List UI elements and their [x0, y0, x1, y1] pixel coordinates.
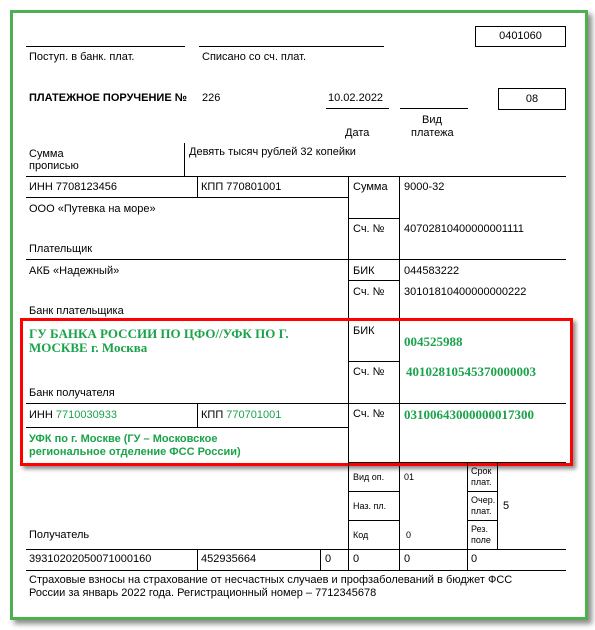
- grid-line: [26, 259, 566, 260]
- status-code: 08: [526, 93, 538, 105]
- payer-sum-label: Сумма: [353, 181, 388, 194]
- payment-type-label-2: платежа: [411, 127, 454, 140]
- grid-line: [26, 176, 566, 177]
- payer-bank-label: Банк плательщика: [29, 305, 124, 318]
- amount-words-divider: [184, 143, 185, 176]
- date-value: 10.02.2022: [328, 92, 383, 105]
- date-label: Дата: [345, 127, 369, 140]
- recipient-bank-bik-value: 004525988: [404, 335, 463, 348]
- order-number: 226: [202, 92, 220, 105]
- recipient-inn-value: 7710030933: [56, 409, 117, 421]
- priority-value: 5: [503, 500, 509, 513]
- recipient-account-label: Сч. №: [353, 408, 384, 421]
- grid-line: [197, 176, 198, 197]
- grid-line: [26, 427, 348, 428]
- grid-line: [497, 462, 498, 549]
- payer-account-label: Сч. №: [353, 223, 384, 236]
- date-line: [326, 108, 389, 109]
- recipient-account-value: 03100643000000017300: [404, 408, 534, 421]
- code-label: Код: [353, 530, 368, 541]
- received-line: [26, 46, 185, 47]
- tax-period: 0: [353, 553, 359, 566]
- grid-line: [26, 570, 566, 571]
- recipient-bank-account-label: Сч. №: [353, 366, 384, 379]
- purpose-text-2: России за январь 2022 года. Регистрацион…: [29, 587, 376, 600]
- tax-kbk: 39310202050071000160: [29, 553, 151, 566]
- recipient-bank-label: Банк получателя: [29, 387, 115, 400]
- grid-line: [26, 320, 566, 321]
- payer-kpp: КПП 770801001: [201, 181, 281, 194]
- grid-line: [348, 491, 399, 492]
- tax-doc-date: 0: [471, 553, 477, 566]
- payer-bank-bik-label: БИК: [353, 265, 375, 278]
- op-type-value: 01: [404, 472, 414, 483]
- grid-line: [197, 403, 198, 427]
- grid-line: [348, 462, 349, 570]
- grid-line: [348, 361, 399, 362]
- grid-line: [348, 520, 399, 521]
- tax-doc-number: 0: [404, 553, 410, 566]
- grid-line: [399, 176, 400, 570]
- payer-sum-value: 9000-32: [404, 181, 444, 194]
- grid-line: [348, 280, 399, 281]
- payer-account-value: 40702810400000001111: [404, 223, 524, 236]
- grid-line: [467, 520, 497, 521]
- grid-line: [467, 491, 497, 492]
- payer-name: ООО «Путевка на море»: [29, 203, 156, 216]
- recipient-bank-bik-label: БИК: [353, 325, 375, 338]
- due-label-2: плат.: [471, 477, 492, 488]
- code-value: 0: [406, 530, 411, 541]
- grid-line: [348, 218, 399, 219]
- priority-label-1: Очер.: [471, 495, 495, 506]
- tax-basis: 0: [325, 553, 331, 566]
- recipient-name-2: региональное отделение ФСС России): [29, 446, 241, 459]
- payer-bank-account-label: Сч. №: [353, 286, 384, 299]
- debited-line: [199, 46, 384, 47]
- form-code: 0401060: [499, 30, 542, 42]
- payer-bank-name: АКБ «Надежный»: [29, 265, 119, 278]
- reserve-label-1: Рез.: [471, 524, 488, 535]
- payment-type-label-1: Вид: [422, 114, 442, 127]
- amount-words-value: Девять тысяч рублей 32 копейки: [189, 146, 356, 159]
- recipient-bank-name-2: МОСКВЕ г. Москва: [29, 341, 147, 355]
- payer-label: Плательщик: [29, 243, 92, 256]
- recipient-inn-label: ИНН: [29, 409, 53, 421]
- payer-inn: ИНН 7708123456: [29, 181, 117, 194]
- grid-line: [26, 549, 566, 550]
- payer-bank-bik-value: 044583222: [404, 265, 459, 278]
- page-title: ПЛАТЕЖНОЕ ПОРУЧЕНИЕ №: [29, 92, 187, 105]
- payment-type-line: [400, 108, 468, 109]
- reserve-label-2: поле: [471, 535, 491, 546]
- purpose-text-1: Страховые взносы на страхование от несча…: [29, 574, 512, 587]
- tax-oktmo: 452935664: [201, 553, 256, 566]
- recipient-name-1: УФК по г. Москве (ГУ – Московское: [29, 433, 217, 446]
- recipient-kpp: КПП 770701001: [201, 409, 281, 422]
- form-code-box: 0401060: [475, 26, 566, 47]
- recipient-label: Получатель: [29, 529, 89, 542]
- due-label-1: Срок: [471, 466, 491, 477]
- grid-line: [26, 403, 566, 404]
- op-type-label: Вид оп.: [353, 472, 384, 483]
- status-code-box: 08: [498, 88, 566, 110]
- recipient-kpp-value: 770701001: [226, 409, 281, 421]
- grid-line: [348, 462, 566, 463]
- debited-label: Списано со сч. плат.: [202, 51, 306, 64]
- grid-line: [197, 549, 198, 570]
- recipient-bank-account-value: 40102810545370000003: [406, 365, 536, 378]
- received-label: Поступ. в банк. плат.: [29, 51, 134, 64]
- payer-bank-account-value: 30101810400000000222: [404, 286, 526, 299]
- grid-line: [26, 197, 348, 198]
- grid-line: [320, 549, 321, 570]
- priority-label-2: плат.: [471, 506, 492, 517]
- recipient-kpp-label: КПП: [201, 409, 223, 421]
- recipient-inn: ИНН 7710030933: [29, 409, 117, 422]
- grid-line: [467, 462, 468, 570]
- recipient-bank-name-1: ГУ БАНКА РОССИИ ПО ЦФО//УФК ПО Г.: [29, 327, 289, 341]
- amount-words-label-2: прописью: [29, 160, 79, 173]
- purpose-label: Наз. пл.: [353, 501, 386, 512]
